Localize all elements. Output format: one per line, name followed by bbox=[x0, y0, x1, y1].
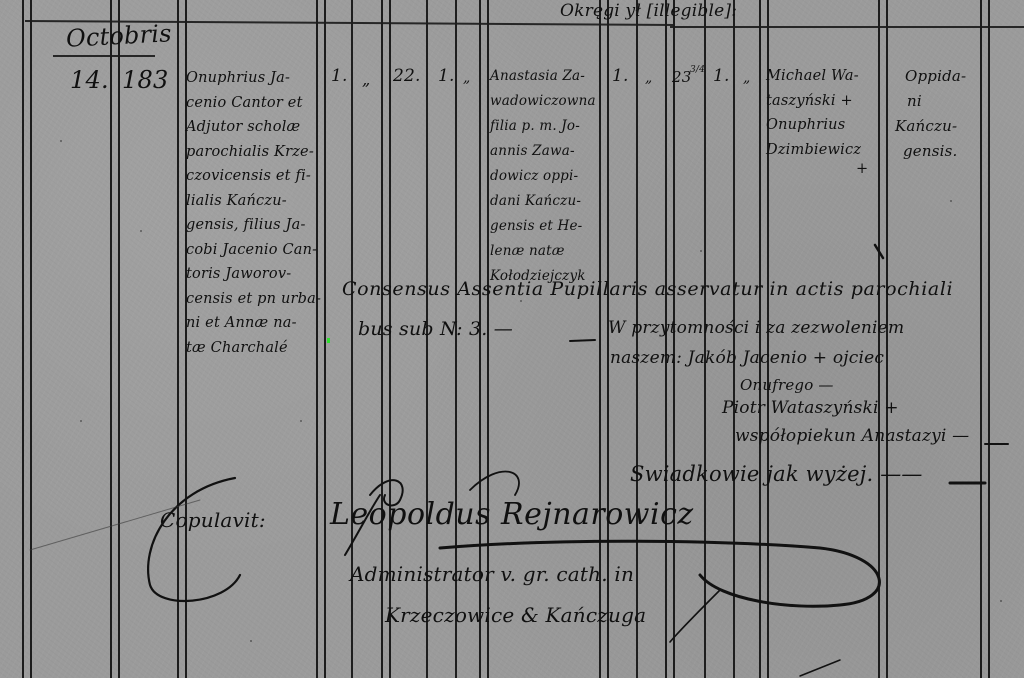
paper-speck bbox=[140, 230, 142, 232]
paper-speck bbox=[300, 420, 302, 422]
paper-speck bbox=[80, 420, 82, 422]
paper-speck bbox=[60, 140, 62, 142]
paper-speck bbox=[950, 200, 952, 202]
pen-flourishes bbox=[0, 0, 1024, 678]
paper-speck bbox=[520, 300, 522, 302]
paper-speck bbox=[700, 250, 702, 252]
register-page: Octobris Okręgi ył [illegible]: 14. 183 … bbox=[0, 0, 1024, 678]
stray-mark bbox=[327, 338, 330, 343]
paper-speck bbox=[1000, 600, 1002, 602]
paper-speck bbox=[250, 640, 252, 642]
